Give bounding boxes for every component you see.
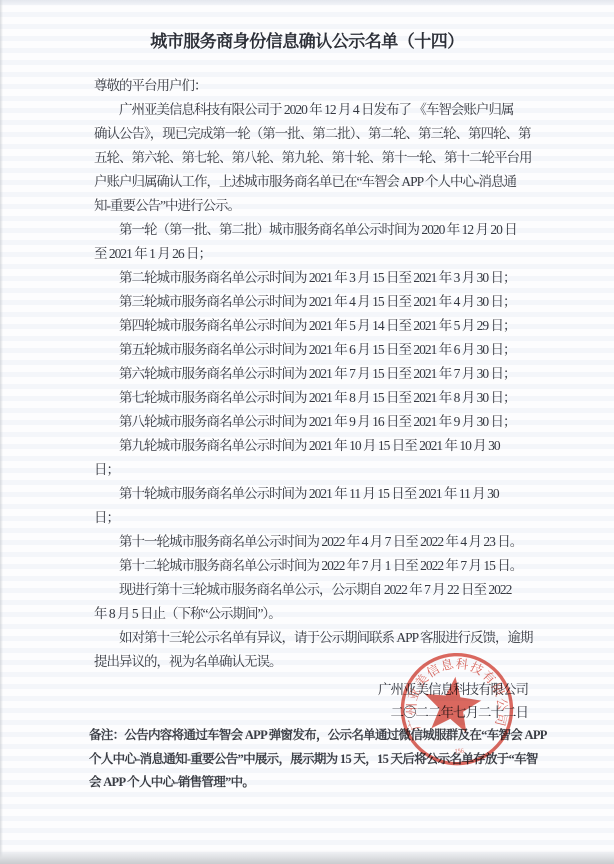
text-line: 五轮、第六轮、第七轮、第八轮、第九轮、第十轮、第十一轮、第十二轮平台用 xyxy=(94,146,534,170)
text-line: 第九轮城市服务商名单公示时间为 2021 年 10 月 15 日至 2021 年… xyxy=(94,434,534,458)
text-line: 至 2021 年 1 月 26 日； xyxy=(94,242,534,266)
text-line: 第四轮城市服务商名单公示时间为 2021 年 5 月 14 日至 2021 年 … xyxy=(94,314,534,338)
text-line: 日； xyxy=(94,506,534,530)
text-line: 日； xyxy=(94,458,534,482)
body-text: 尊敬的平台用户们：广州亚美信息科技有限公司于 2020 年 12 月 4 日发布… xyxy=(94,74,534,674)
page-scan: 城市服务商身份信息确认公示名单（十四） 尊敬的平台用户们：广州亚美信息科技有限公… xyxy=(0,0,614,864)
svg-text:156: 156 xyxy=(454,748,465,756)
document-title: 城市服务商身份信息确认公示名单（十四） xyxy=(0,27,614,52)
text-line: 现进行第十三轮城市服务商名单公示，公示期自 2022 年 7 月 22 日至 2… xyxy=(94,578,534,602)
seal-star-icon xyxy=(424,675,483,734)
text-line: 尊敬的平台用户们： xyxy=(94,74,534,98)
text-line: 第七轮城市服务商名单公示时间为 2021 年 8 月 15 日至 2021 年 … xyxy=(94,386,534,410)
text-line: 第八轮城市服务商名单公示时间为 2021 年 9 月 16 日至 2021 年 … xyxy=(94,410,534,434)
text-line: 确认公告》，现已完成第一轮（第一批、第二批）、第二轮、第三轮、第四轮、第 xyxy=(94,122,534,146)
text-line: 第五轮城市服务商名单公示时间为 2021 年 6 月 15 日至 2021 年 … xyxy=(94,338,534,362)
text-line: 年 8 月 5 日止（下称“公示期间”）。 xyxy=(94,602,534,626)
text-line: 第十一轮城市服务商名单公示时间为 2022 年 4 月 7 日至 2022 年 … xyxy=(94,530,534,554)
text-line: 第一轮（第一批、第二批）城市服务商名单公示时间为 2020 年 12 月 20 … xyxy=(94,218,534,242)
text-line: 第十二轮城市服务商名单公示时间为 2022 年 7 月 1 日至 2022 年 … xyxy=(94,554,534,578)
text-line: 第二轮城市服务商名单公示时间为 2021 年 3 月 15 日至 2021 年 … xyxy=(94,266,534,290)
text-line: 第三轮城市服务商名单公示时间为 2021 年 4 月 15 日至 2021 年 … xyxy=(94,290,534,314)
text-line: 知-重要公告”中进行公示。 xyxy=(94,194,534,218)
text-line: 广州亚美信息科技有限公司于 2020 年 12 月 4 日发布了 《车智会账户归… xyxy=(94,98,534,122)
seal-serial-text: 156 xyxy=(454,748,465,756)
text-line: 户账户归属确认工作，上述城市服务商名单已在“车智会 APP 个人中心-消息通 xyxy=(94,170,534,194)
text-line: 第六轮城市服务商名单公示时间为 2021 年 7 月 15 日至 2021 年 … xyxy=(94,362,534,386)
text-line: 第十轮城市服务商名单公示时间为 2021 年 11 月 15 日至 2021 年… xyxy=(94,482,534,506)
company-seal: 广州亚美信息科技有限公司 156 xyxy=(371,621,550,800)
